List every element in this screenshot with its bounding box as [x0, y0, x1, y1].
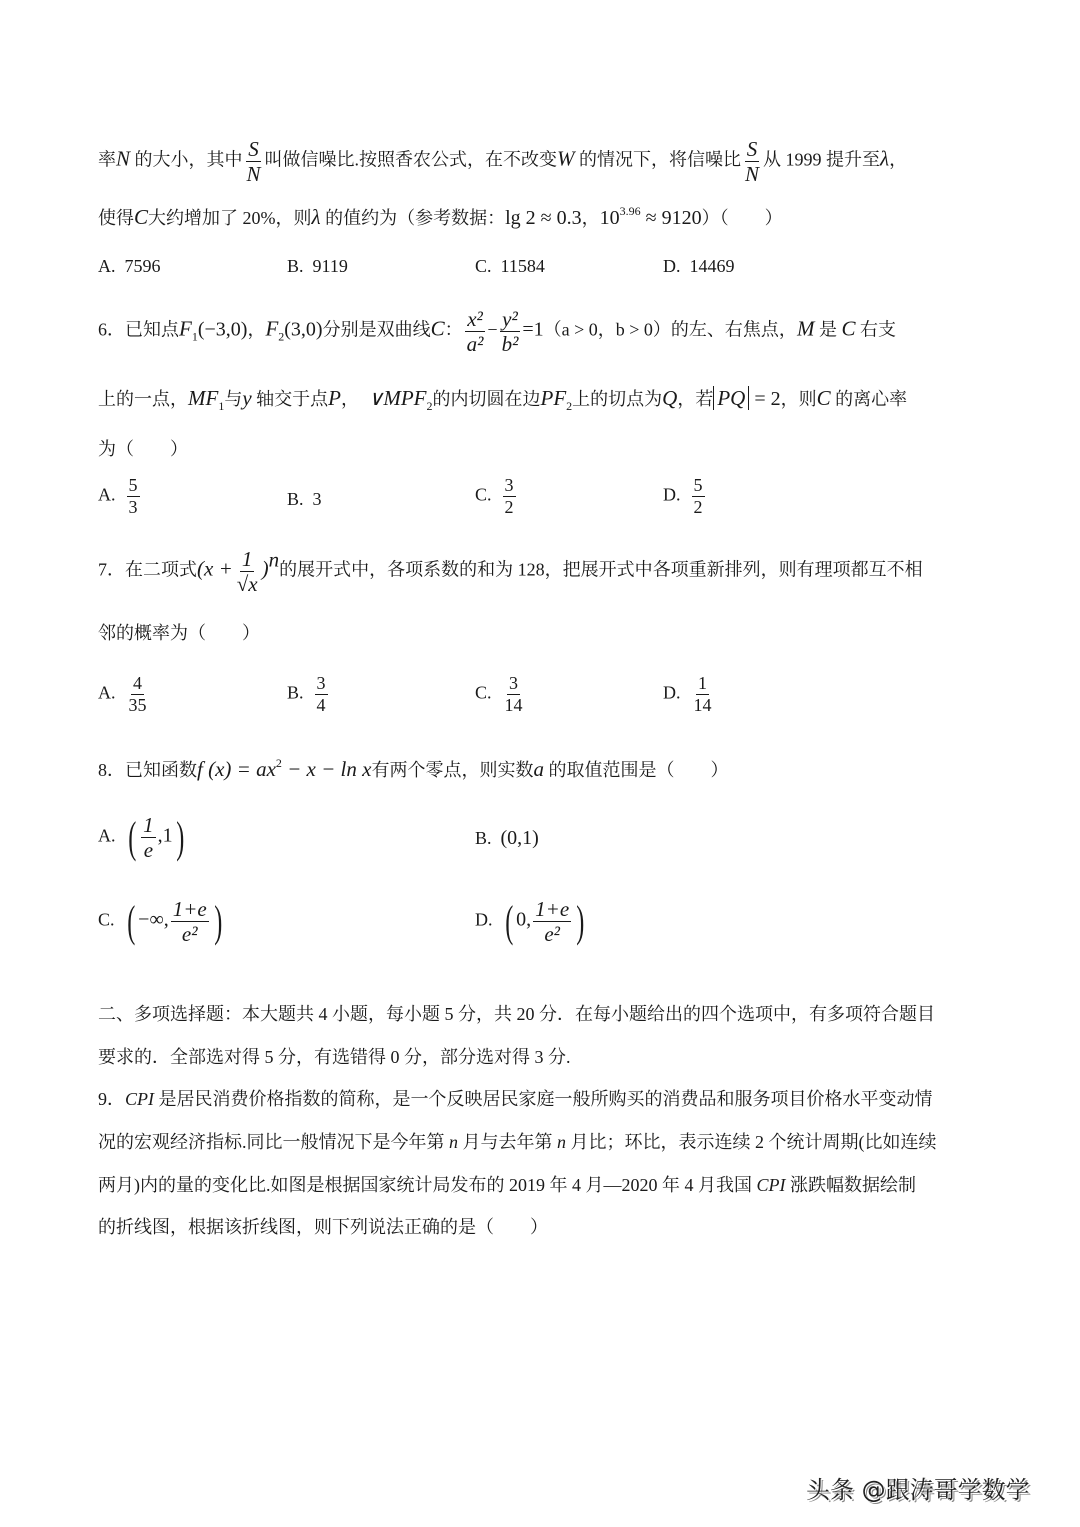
equals: = 2: [749, 388, 780, 410]
fraction: 1+ee²: [533, 898, 571, 945]
interval-start: 0,: [516, 909, 531, 931]
option-value: 3: [313, 489, 322, 509]
numerator: 3: [503, 476, 516, 497]
text: 的大小，其中: [130, 150, 243, 170]
text: 的内切圆在边: [433, 389, 541, 409]
text: 的离心率: [831, 389, 908, 409]
numerator: 1: [696, 674, 709, 695]
text: 从 1999 提升至: [763, 150, 880, 170]
option-value: 7596: [125, 256, 161, 276]
option-label: A.: [98, 683, 116, 703]
q7-option-d[interactable]: D. 114: [663, 674, 716, 715]
option-label: B.: [287, 683, 304, 703]
fraction-s-over-n: SN: [743, 138, 761, 185]
text: 分别是双曲线: [323, 320, 431, 340]
fraction: 314: [503, 674, 525, 715]
denominator: e²: [180, 922, 200, 945]
text: ，则: [781, 389, 817, 409]
var-P: P: [328, 386, 341, 410]
rest: ≈ 9120: [641, 207, 702, 229]
var-F: F: [265, 317, 278, 341]
text: 有两个零点，则实数: [371, 760, 533, 780]
right-paren: ): [576, 900, 584, 944]
option-label: C.: [98, 910, 115, 930]
exponent: n: [269, 548, 280, 572]
q5-option-c[interactable]: C. 11584: [475, 257, 545, 275]
text: 轴交于点: [252, 389, 329, 409]
abs-PQ: PQ: [713, 386, 749, 410]
var-C: C: [817, 386, 831, 410]
option-value: 9119: [313, 256, 348, 276]
q8-option-d[interactable]: D. (0,1+ee²): [475, 898, 588, 945]
var-M: M: [797, 317, 815, 341]
denominator: 14: [692, 695, 714, 715]
text: 9．: [98, 1089, 125, 1109]
binomial-open: (x +: [197, 557, 233, 581]
var-F: F: [179, 317, 192, 341]
option-label: D.: [475, 910, 493, 930]
numerator: 3: [315, 674, 328, 695]
numerator: 1+e: [171, 898, 209, 922]
text: ，: [341, 389, 368, 409]
q9-line4: 的折线图，根据该折线图，则下列说法正确的是（ ）: [98, 1218, 548, 1236]
numerator: 5: [127, 476, 140, 497]
option-label: B.: [287, 256, 304, 276]
text: 的展开式中，各项系数的和为 128，把展开式中各项重新排列，则有理项都互不相: [279, 560, 923, 580]
option-label: C.: [475, 256, 492, 276]
var-PF: PF: [541, 386, 567, 410]
text: 两月)内的量的变化比.如图是根据国家统计局发布的 2019 年 4 月—2020…: [98, 1175, 757, 1195]
var-C: C: [431, 317, 445, 341]
fraction: 114: [692, 674, 714, 715]
interval: (0,1): [501, 827, 539, 849]
text: 上的一点，: [98, 389, 188, 409]
text: 率: [98, 150, 116, 170]
text: 与: [224, 389, 242, 409]
text: 6．已知点: [98, 320, 179, 340]
option-label: C.: [475, 485, 492, 505]
text: 况的宏观经济指标.同比一般情况下是今年第: [98, 1132, 449, 1152]
var-MF: MF: [188, 386, 218, 410]
left-paren: (: [128, 816, 136, 860]
interval-rest: ,1: [158, 825, 173, 847]
denominator: 35: [127, 695, 149, 715]
fraction-1-over-sqrt-x: 1√x: [235, 548, 260, 595]
text: ：: [445, 320, 463, 340]
fraction-s-over-n: SN: [245, 138, 263, 185]
text: ，: [889, 150, 907, 170]
term-cpi: CPI: [757, 1175, 786, 1195]
fraction: 1e: [141, 814, 156, 861]
numerator: S: [246, 138, 261, 162]
left-paren: (: [505, 900, 513, 944]
minus: −: [487, 320, 497, 340]
numerator: x²: [465, 308, 485, 332]
left-paren: (: [127, 900, 135, 944]
var-W: W: [557, 147, 575, 171]
option-label: B.: [287, 489, 304, 509]
var-n: n: [557, 1132, 566, 1152]
text: 涨跌幅数据绘制: [786, 1175, 917, 1195]
var-C: C: [134, 205, 148, 229]
q9-line1: 9．CPI 是居民消费价格指数的简称，是一个反映居民家庭一般所购买的消费品和服务…: [98, 1090, 933, 1108]
fraction: 1+ee²: [171, 898, 209, 945]
numerator: 1: [240, 548, 255, 572]
fraction: 34: [315, 674, 328, 715]
watermark: 头条 @跟涛哥学数学: [806, 1470, 1030, 1505]
interval-start: −∞,: [138, 909, 169, 931]
text: 月比；环比，表示连续 2 个统计周期(比如连续: [566, 1132, 937, 1152]
numerator: 5: [692, 476, 705, 497]
text: ，若: [677, 389, 713, 409]
fraction: 435: [127, 674, 149, 715]
option-label: D.: [663, 485, 681, 505]
denominator: √x: [235, 572, 260, 595]
var-y: y: [242, 386, 251, 410]
text: 7．在二项式: [98, 560, 197, 580]
text: 上的切点为: [572, 389, 662, 409]
numerator: 1+e: [533, 898, 571, 922]
var-Q: Q: [662, 386, 677, 410]
option-label: D.: [663, 256, 681, 276]
denominator: b²: [500, 332, 521, 355]
numerator: 1: [141, 814, 156, 838]
var-lambda: λ: [312, 205, 321, 229]
q5-line2: 使得C大约增加了 20%，则λ 的值约为（参考数据：lg 2 ≈ 0.3，103…: [98, 205, 783, 228]
q6-line1: 6．已知点F1(−3,0)，F2(3,0)分别是双曲线C：x²a²−y²b²=1…: [98, 308, 896, 355]
function-rest: − x − ln x: [282, 757, 372, 781]
q6-option-d[interactable]: D. 52: [663, 476, 707, 517]
option-label: D.: [663, 683, 681, 703]
binomial-close: ): [262, 557, 269, 581]
var-a: a: [533, 757, 544, 781]
option-value: 14469: [690, 256, 735, 276]
var-lambda: λ: [880, 147, 889, 171]
text: 的值约为（参考数据：: [321, 208, 506, 228]
q5-option-b[interactable]: B. 9119: [287, 257, 348, 275]
fraction: 52: [692, 476, 705, 517]
point: (−3,0): [198, 319, 248, 341]
q9-line2: 况的宏观经济指标.同比一般情况下是今年第 n 月与去年第 n 月比；环比，表示连…: [98, 1133, 937, 1151]
denominator: 3: [127, 497, 140, 517]
denominator: 14: [503, 695, 525, 715]
fraction-x2-a2: x²a²: [465, 308, 486, 355]
fraction-y2-b2: y²b²: [500, 308, 521, 355]
denominator: a²: [465, 332, 486, 355]
text: 8．已知函数: [98, 760, 197, 780]
right-paren: ): [214, 900, 222, 944]
option-label: A.: [98, 485, 116, 505]
text: 的情况下，将信噪比: [575, 150, 742, 170]
q7-option-b[interactable]: B. 34: [287, 674, 330, 715]
text: 叫做信噪比.按照香农公式，在不改变: [265, 150, 558, 170]
right-paren: ): [176, 816, 184, 860]
numerator: 4: [131, 674, 144, 695]
math-lg2: lg 2 ≈ 0.3: [505, 207, 582, 229]
base: 10: [600, 207, 620, 229]
q5-line1: 率N 的大小，其中SN叫做信噪比.按照香农公式，在不改变W 的情况下，将信噪比S…: [98, 138, 907, 185]
term-cpi: CPI: [125, 1089, 154, 1109]
q7-option-a[interactable]: A. 435: [98, 674, 151, 715]
q6-option-c[interactable]: C. 32: [475, 476, 518, 517]
option-label: C.: [475, 683, 492, 703]
var-N: N: [116, 147, 130, 171]
numerator: 3: [507, 674, 520, 695]
q8-option-c[interactable]: C. (−∞,1+ee²): [98, 898, 225, 945]
text: ，: [582, 208, 600, 228]
q7-line1: 7．在二项式(x +1√x)n的展开式中，各项系数的和为 128，把展开式中各项…: [98, 548, 923, 595]
equals: =1: [522, 319, 543, 341]
numerator: S: [745, 138, 760, 162]
text: 大约增加了 20%，则: [148, 208, 312, 228]
denominator: 2: [692, 497, 705, 517]
option-label: B.: [475, 828, 492, 848]
numerator: y²: [500, 308, 520, 332]
section2-line2: 要求的．全部选对得 5 分，有选错得 0 分，部分选对得 3 分.: [98, 1048, 571, 1066]
q6-line2: 上的一点，MF1与y 轴交于点P， ∨MPF2的内切圆在边PF2上的切点为Q，若…: [98, 388, 907, 412]
var-n: n: [449, 1132, 458, 1152]
text: 的取值范围是（ ）: [544, 760, 729, 780]
fraction: 32: [503, 476, 516, 517]
denominator: N: [743, 162, 761, 185]
option-label: A.: [98, 826, 116, 846]
denominator: 2: [503, 497, 516, 517]
q7-option-c[interactable]: C. 314: [475, 674, 527, 715]
triangle-MPF2: ∨MPF: [368, 386, 427, 410]
denominator: e²: [542, 922, 562, 945]
text: 月与去年第: [458, 1132, 557, 1152]
q6-option-b[interactable]: B. 3: [287, 490, 322, 508]
text: ）（ ）: [702, 208, 783, 228]
q5-option-a[interactable]: A. 7596: [98, 257, 161, 275]
q6-option-a[interactable]: A. 53: [98, 476, 142, 517]
text: 是: [814, 320, 841, 340]
option-label: A.: [98, 256, 116, 276]
fraction: 53: [127, 476, 140, 517]
text: （a > 0，b > 0）的左、右焦点，: [544, 320, 797, 340]
text: 使得: [98, 208, 134, 228]
denominator: N: [245, 162, 263, 185]
denominator: e: [142, 838, 155, 861]
q7-line2: 邻的概率为（ ）: [98, 624, 260, 642]
section2-line1: 二、多项选择题：本大题共 4 小题，每小题 5 分，共 20 分．在每小题给出的…: [98, 1005, 935, 1023]
exponent: 3.96: [620, 204, 641, 218]
function-f: f (x) = ax: [197, 757, 276, 781]
text: 右支: [855, 320, 896, 340]
option-value: 11584: [501, 256, 545, 276]
point: (3,0): [284, 319, 322, 341]
text: ，: [247, 320, 265, 340]
math-power: 103.96 ≈ 9120: [600, 207, 702, 229]
text: 是居民消费价格指数的简称，是一个反映居民家庭一般所购买的消费品和服务项目价格水平…: [154, 1089, 933, 1109]
q5-option-d[interactable]: D. 14469: [663, 257, 735, 275]
var-C: C: [841, 317, 855, 341]
q8-line1: 8．已知函数f (x) = ax2 − x − ln x有两个零点，则实数a 的…: [98, 757, 728, 780]
q8-option-b[interactable]: B. (0,1): [475, 828, 539, 848]
q8-option-a[interactable]: A. (1e,1): [98, 814, 187, 861]
denominator: 4: [315, 695, 328, 715]
q6-line3: 为（ ）: [98, 440, 188, 458]
q9-line3: 两月)内的量的变化比.如图是根据国家统计局发布的 2019 年 4 月—2020…: [98, 1176, 916, 1194]
